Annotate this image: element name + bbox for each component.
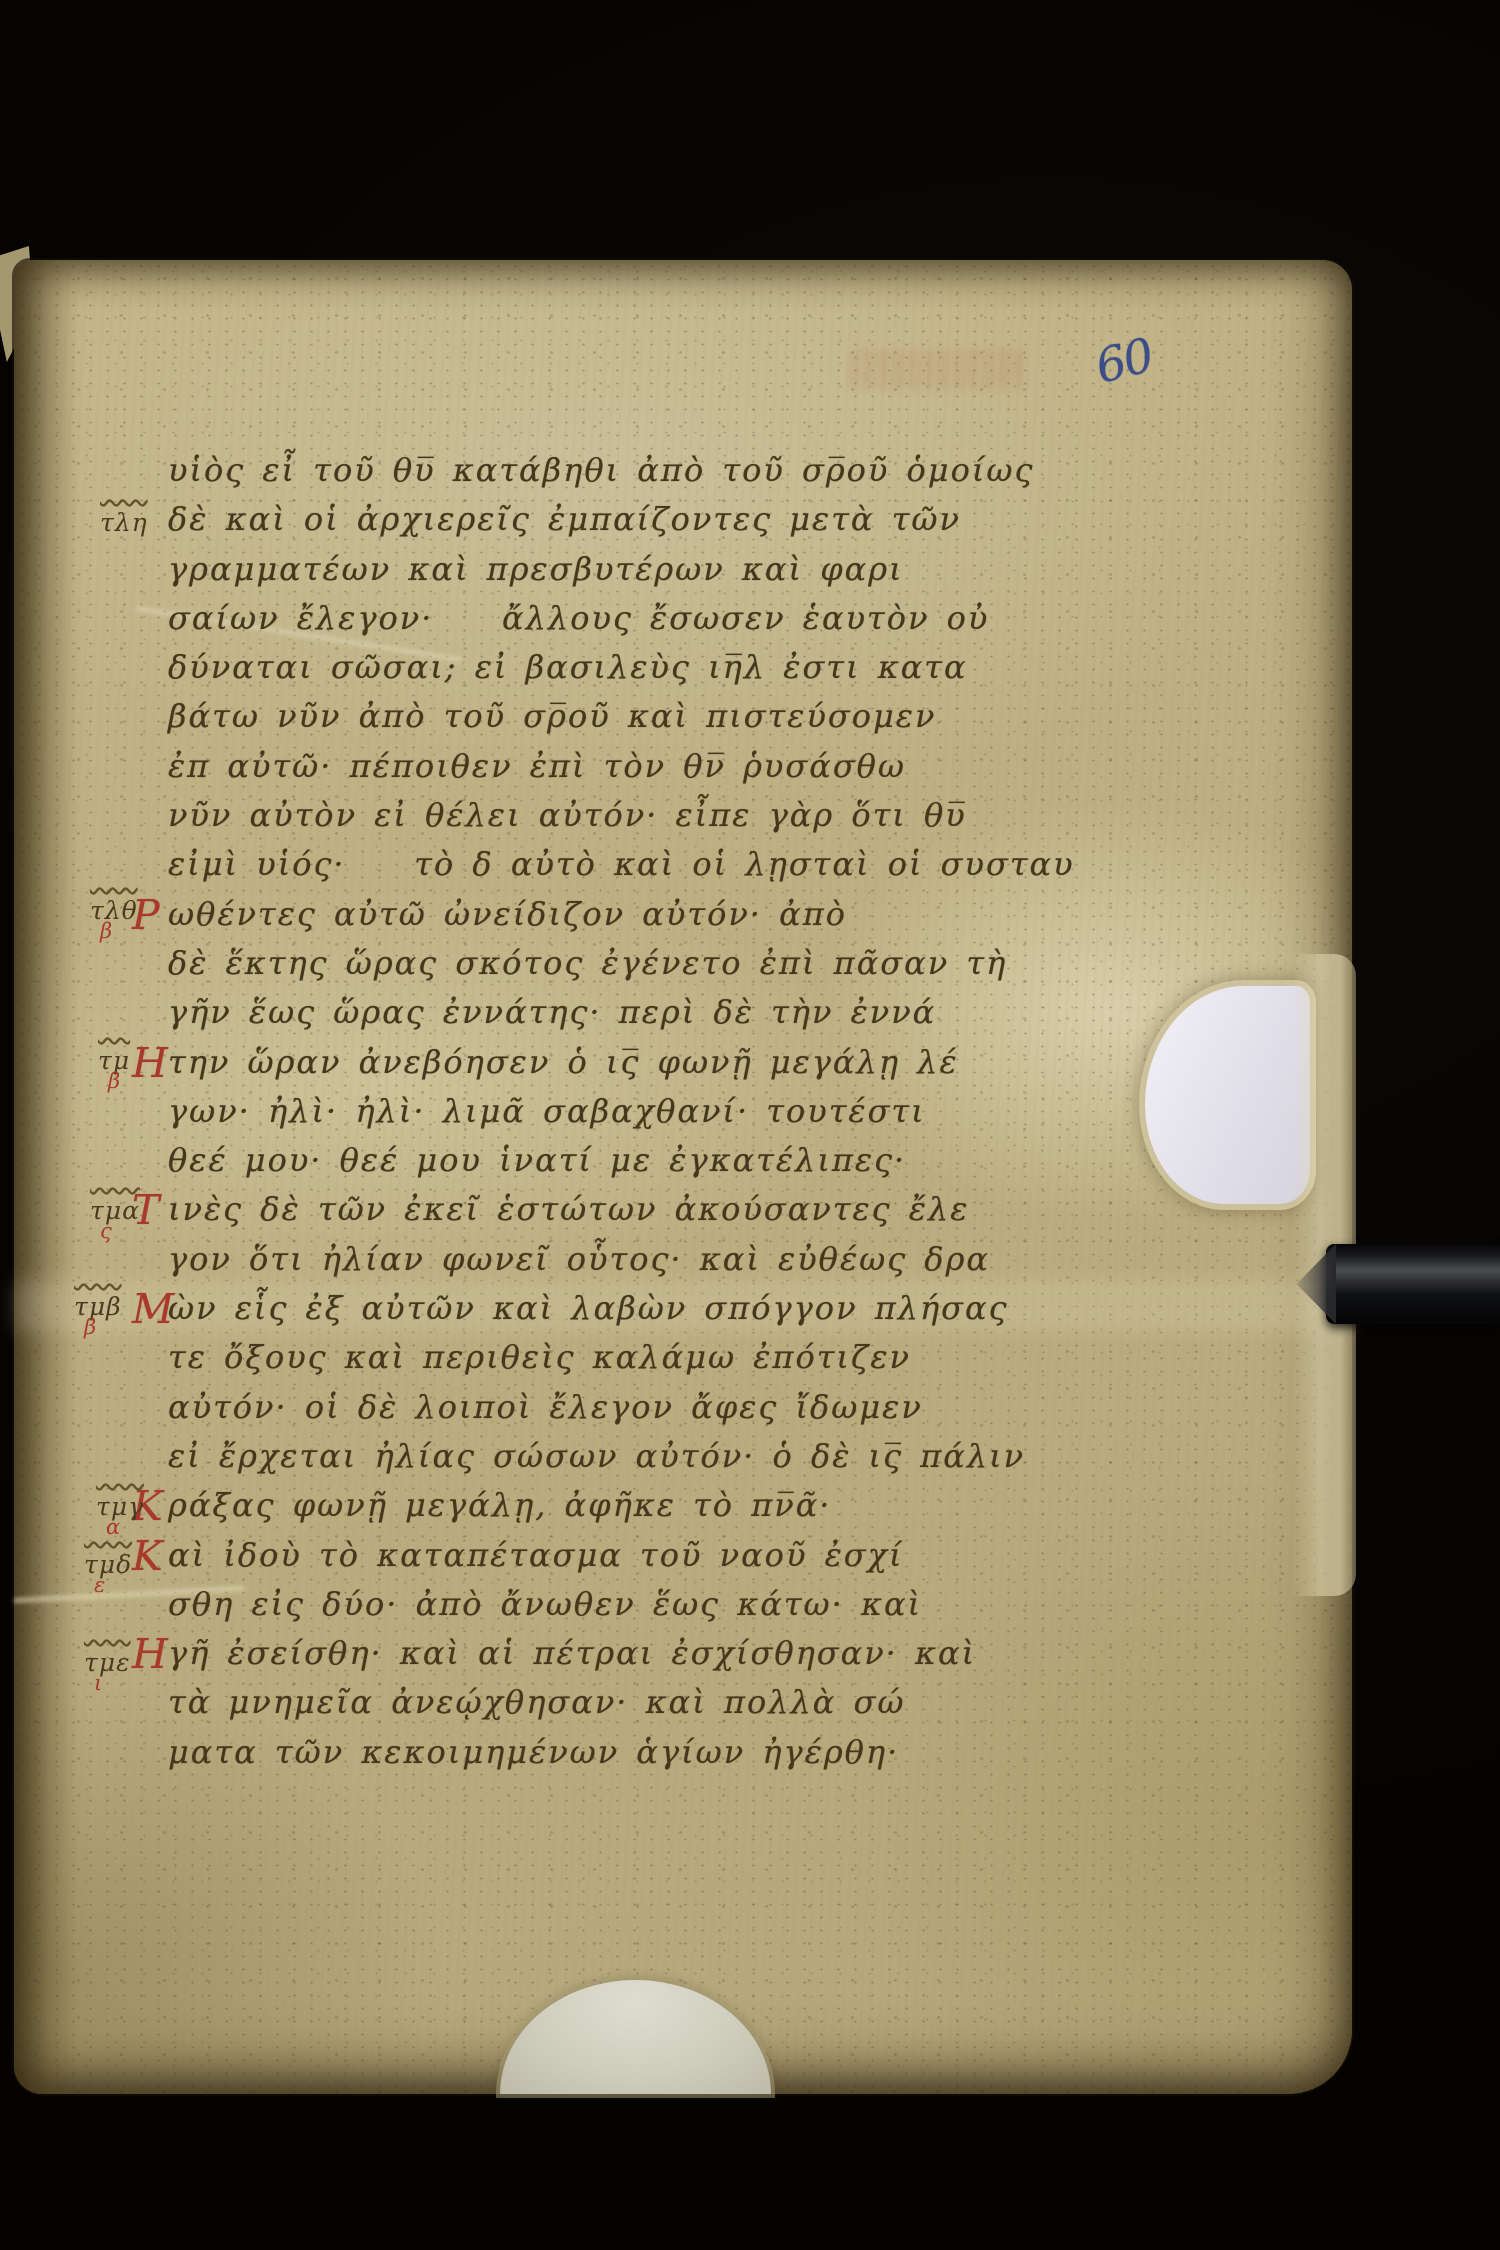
book-weight-rod [1326,1244,1500,1324]
eusebian-section-note: τλθβ [90,896,138,943]
eusebian-section-note: τμδε [84,1550,132,1597]
eusebian-section-note: τλη [100,508,148,537]
section-number: τμδ [84,1550,132,1579]
section-number: τμβ [74,1292,122,1321]
section-number: τλθ [90,896,138,925]
photo-backdrop: 60 υἱὸς εἶ τοῦ θυ̅ κατάβηθι ἀπὸ τοῦ σρ̅ο… [0,0,1500,2250]
section-number: τλη [100,508,148,537]
eusebian-section-note: τμας [90,1196,140,1243]
manuscript-page: 60 υἱὸς εἶ τοῦ θυ̅ κατάβηθι ἀπὸ τοῦ σρ̅ο… [14,260,1352,2094]
eusebian-section-note: τμει [84,1648,131,1695]
eusebian-section-note: τμββ [74,1292,122,1339]
eusebian-section-note: τμγα [96,1492,144,1539]
eusebian-section-note: τμβ [98,1046,130,1093]
section-number: τμα [90,1196,140,1225]
marginalia-column: τλητλθβτμβτμαςτμββτμγατμδετμει [14,260,1352,2094]
section-number: τμε [84,1648,131,1677]
